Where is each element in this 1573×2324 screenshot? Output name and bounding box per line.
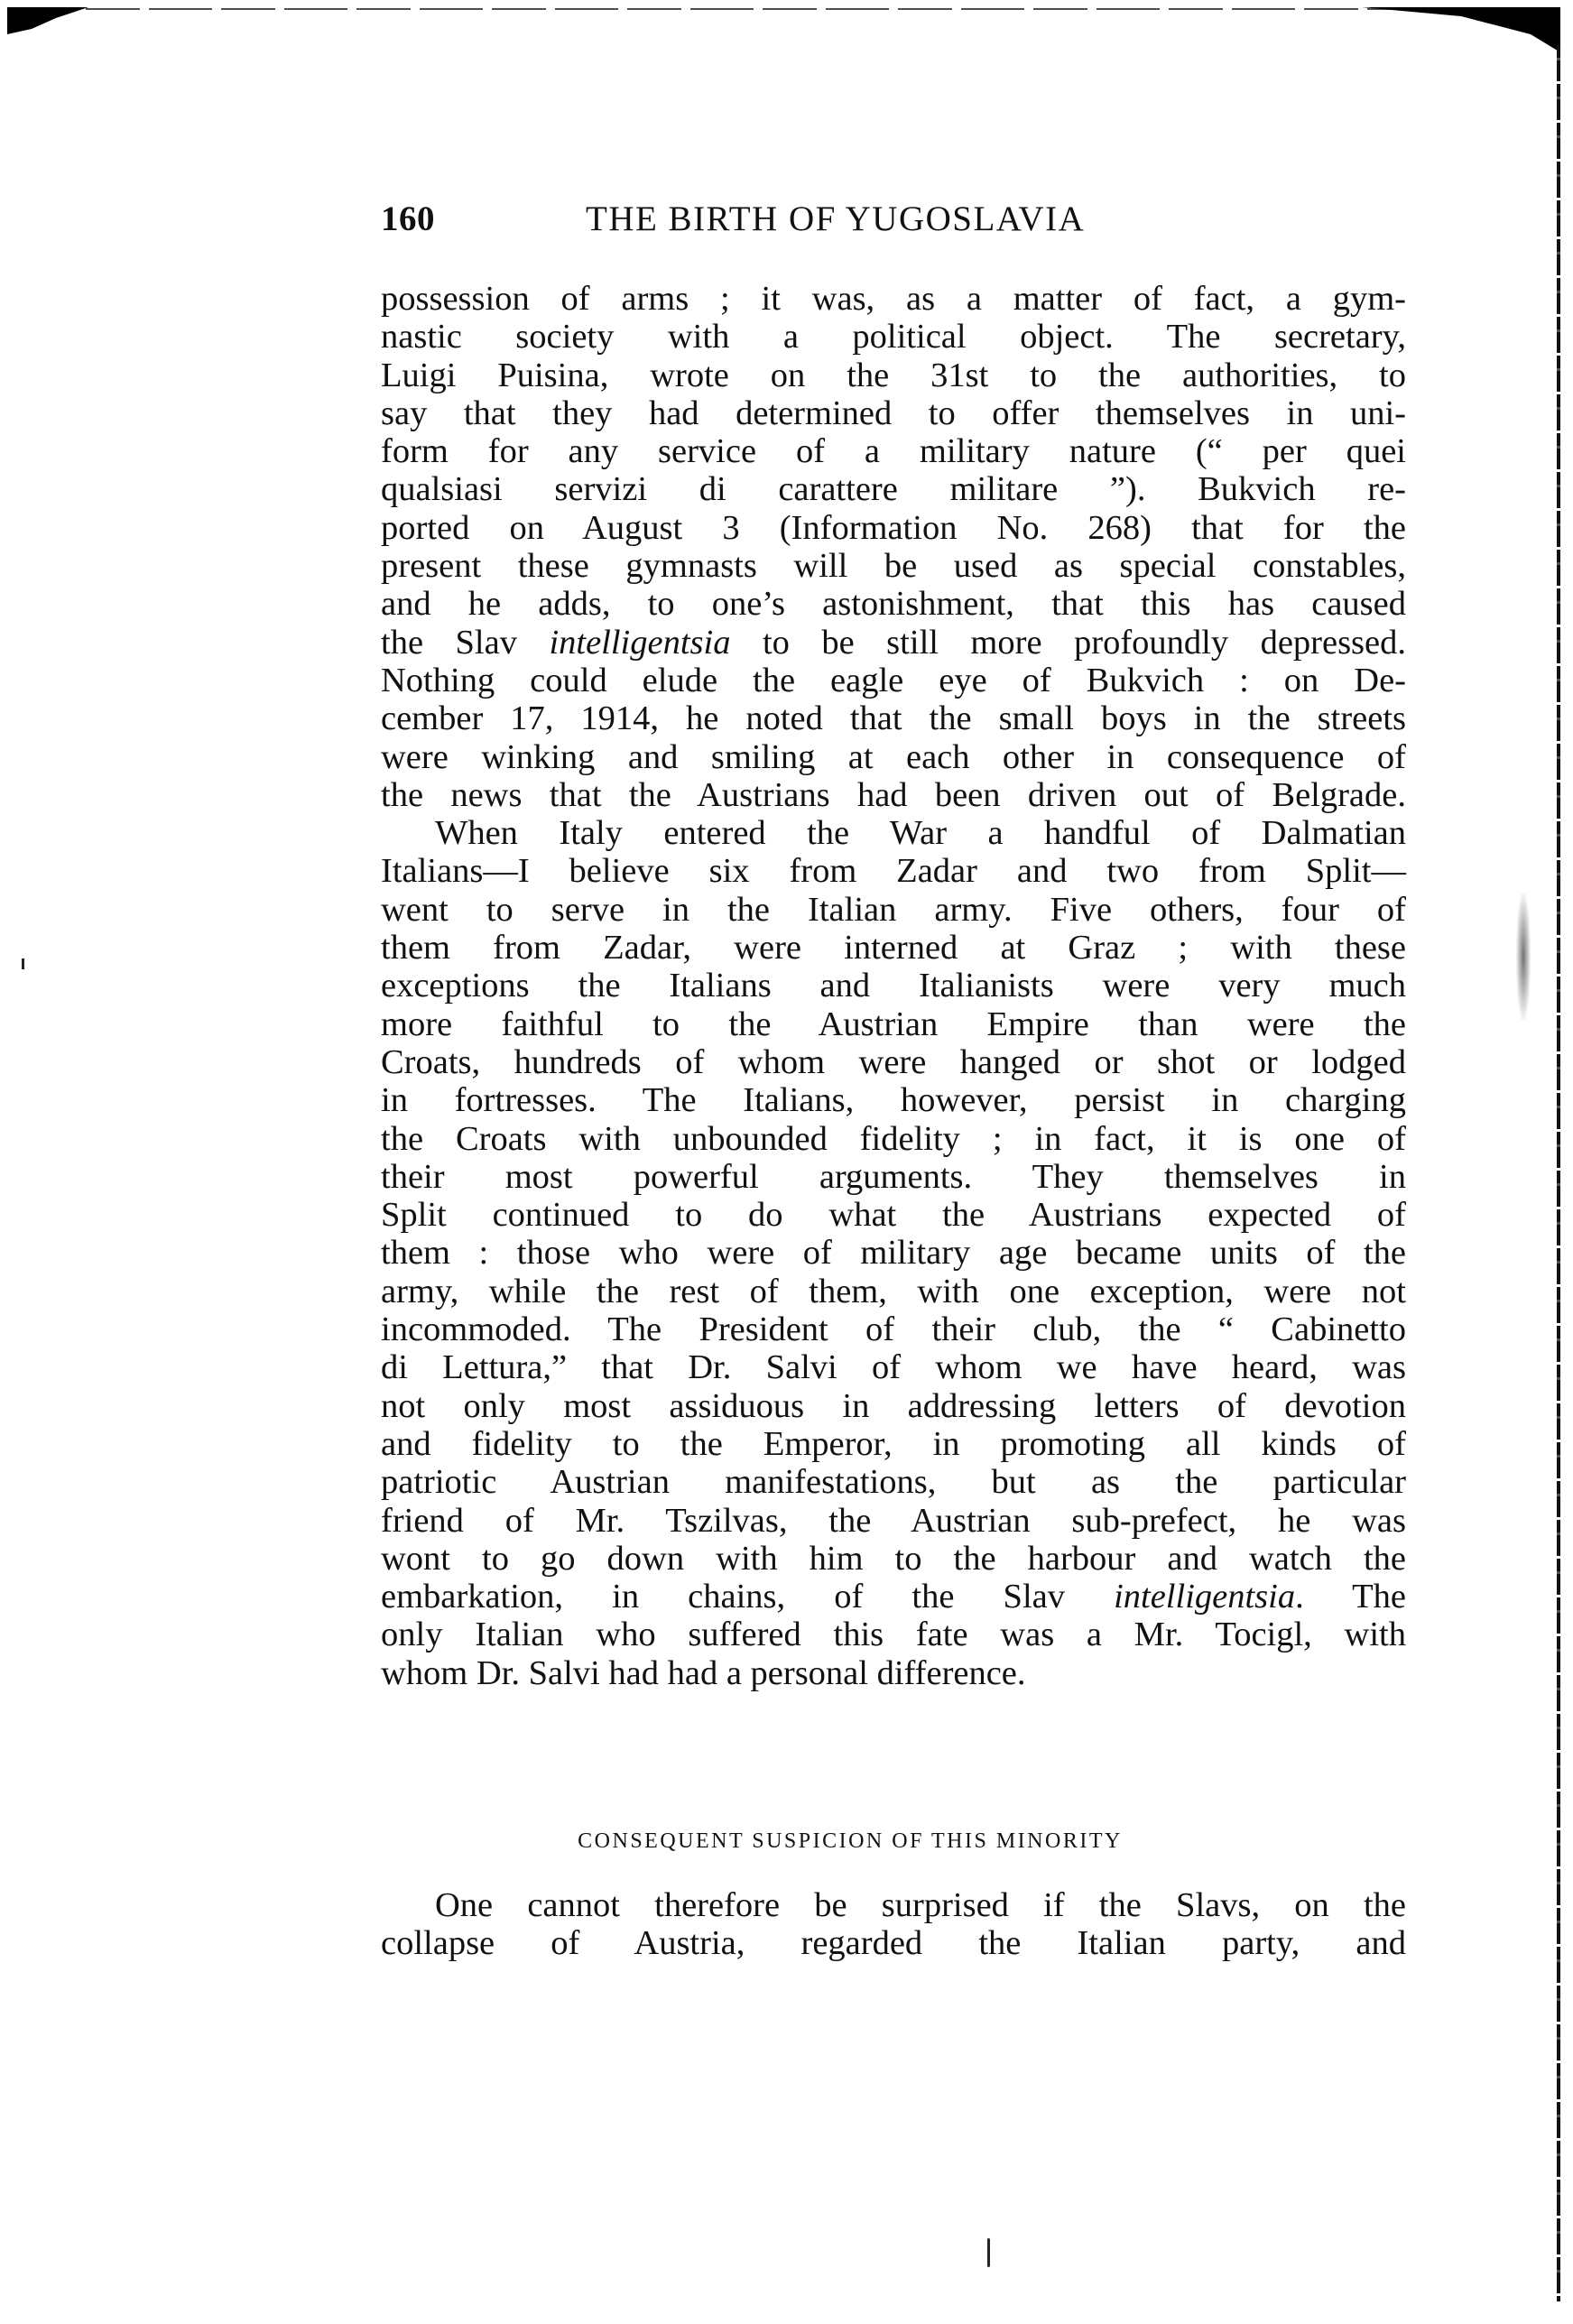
- text-line: Luigi Puisina, wrote on the 31st to the …: [381, 356, 1406, 394]
- text-line: Italians—I believe six from Zadar and tw…: [381, 852, 1406, 890]
- scan-smudge: [1516, 893, 1531, 1020]
- text-line: ported on August 3 (Information No. 268)…: [381, 509, 1406, 547]
- paragraph-2: When Italy entered the War a handful of …: [381, 814, 1406, 1692]
- page-number: 160: [381, 197, 435, 242]
- text-run: to be still more profoundly depressed.: [730, 624, 1406, 662]
- italic-term: intelligentsia: [1114, 1578, 1295, 1616]
- text-line: in fortresses. The Italians, however, pe…: [381, 1081, 1406, 1119]
- text-line: qualsiasi servizi di carattere militare …: [381, 470, 1406, 508]
- text-line: say that they had determined to offer th…: [381, 394, 1406, 432]
- text-line: them : those who were of military age be…: [381, 1234, 1406, 1272]
- section-heading-text: CONSEQUENT SUSPICION OF THIS MINORITY: [578, 1829, 1123, 1853]
- text-line: embarkation, in chains, of the Slav inte…: [381, 1578, 1406, 1616]
- text-line: only Italian who suffered this fate was …: [381, 1616, 1406, 1653]
- text-line: Nothing could elude the eagle eye of Buk…: [381, 662, 1406, 699]
- text-line: their most powerful arguments. They them…: [381, 1158, 1406, 1196]
- text-line: form for any service of a military natur…: [381, 432, 1406, 470]
- text-line: and he adds, to one’s astonishment, that…: [381, 585, 1406, 623]
- text-run: the Slav: [381, 624, 549, 662]
- paragraph-1: possession of arms ; it was, as a matter…: [381, 280, 1406, 814]
- text-line: di Lettura,” that Dr. Salvi of whom we h…: [381, 1348, 1406, 1386]
- text-line: cember 17, 1914, he noted that the small…: [381, 699, 1406, 737]
- paragraph-3: One cannot therefore be surprised if the…: [381, 1886, 1406, 1963]
- text-run: . The: [1295, 1578, 1406, 1616]
- text-line: them from Zadar, were interned at Graz ;…: [381, 929, 1406, 967]
- section-heading: CONSEQUENT SUSPICION OF THIS MINORITY: [381, 1823, 1406, 1859]
- text-line: friend of Mr. Tszilvas, the Austrian sub…: [381, 1502, 1406, 1540]
- text-line: collapse of Austria, regarded the Italia…: [381, 1924, 1406, 1962]
- text-line: were winking and smiling at each other i…: [381, 738, 1406, 776]
- text-line: When Italy entered the War a handful of …: [381, 814, 1406, 852]
- scan-mark-bottom: [987, 2238, 990, 2267]
- text-line: whom Dr. Salvi had had a personal differ…: [381, 1654, 1406, 1692]
- text-run: embarkation, in chains, of the Slav: [381, 1578, 1114, 1616]
- text-line: possession of arms ; it was, as a matter…: [381, 280, 1406, 318]
- scan-shadow-top-left: [7, 7, 88, 34]
- scan-edge-right: [1557, 45, 1560, 2301]
- scan-shadow-top-right: [1362, 7, 1560, 52]
- text-line: went to serve in the Italian army. Five …: [381, 891, 1406, 929]
- scan-edge-top: [86, 8, 1494, 10]
- running-title: THE BIRTH OF YUGOSLAVIA: [586, 197, 1085, 242]
- body-text: possession of arms ; it was, as a matter…: [381, 280, 1406, 1692]
- text-line: Croats, hundreds of whom were hanged or …: [381, 1043, 1406, 1081]
- text-line: patriotic Austrian manifestations, but a…: [381, 1463, 1406, 1501]
- text-line: incommoded. The President of their club,…: [381, 1310, 1406, 1348]
- text-line: and fidelity to the Emperor, in promotin…: [381, 1425, 1406, 1463]
- text-line: exceptions the Italians and Italianists …: [381, 967, 1406, 1005]
- text-line: more faithful to the Austrian Empire tha…: [381, 1005, 1406, 1043]
- text-line: nastic society with a political object. …: [381, 318, 1406, 356]
- text-line: Split continued to do what the Austrians…: [381, 1196, 1406, 1234]
- text-line: wont to go down with him to the harbour …: [381, 1540, 1406, 1578]
- text-line: the news that the Austrians had been dri…: [381, 776, 1406, 814]
- text-line: present these gymnasts will be used as s…: [381, 547, 1406, 585]
- text-line: the Croats with unbounded fidelity ; in …: [381, 1120, 1406, 1158]
- text-line: One cannot therefore be surprised if the…: [381, 1886, 1406, 1924]
- running-head: 160 THE BIRTH OF YUGOSLAVIA: [381, 197, 1406, 242]
- scan-mark-left: [22, 958, 24, 969]
- italic-term: intelligentsia: [549, 624, 730, 662]
- text-line: army, while the rest of them, with one e…: [381, 1273, 1406, 1310]
- text-line: the Slav intelligentsia to be still more…: [381, 624, 1406, 662]
- text-line: not only most assiduous in addressing le…: [381, 1387, 1406, 1425]
